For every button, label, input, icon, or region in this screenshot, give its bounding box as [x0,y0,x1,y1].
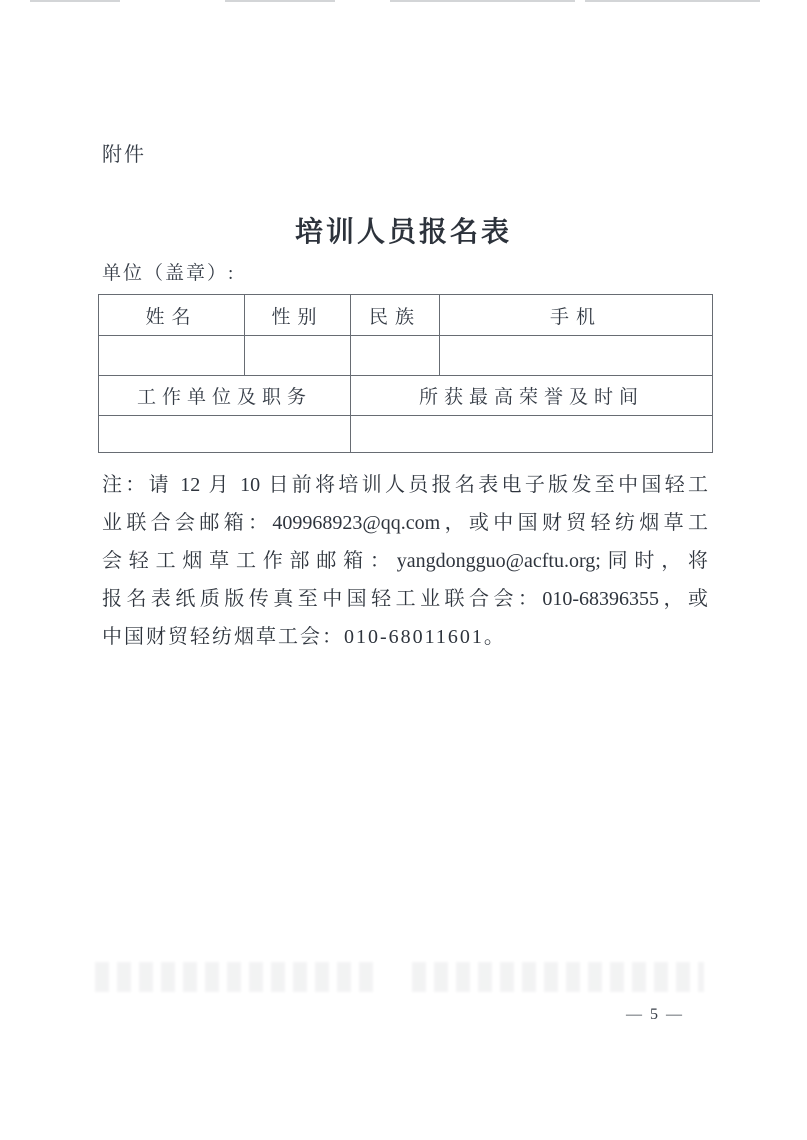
bleed-through-artifact [95,962,375,992]
table-merged-entry-row [99,416,713,453]
note-line-2: 业联合会邮箱：409968923@qq.com，或中国财贸轻纺烟草工 [102,504,708,542]
entry-cell-mobile [440,336,713,376]
scan-edge-artifact [30,0,120,2]
scan-edge-artifact [225,0,335,2]
table-entry-row [99,336,713,376]
entry-cell-gender [245,336,351,376]
entry-cell-highest-honor-time [351,416,713,453]
entry-cell-work-unit-position [99,416,351,453]
header-cell-mobile: 手机 [440,295,713,336]
header-cell-highest-honor-time: 所获最高荣誉及时间 [351,376,713,416]
attachment-label: 附件 [102,138,146,167]
scan-edge-artifact [390,0,575,2]
scanned-document-page: 附件 培训人员报名表 单位（盖章）: 姓名 性别 民族 手机 工作单位及职务 所… [0,0,807,1140]
header-cell-ethnicity: 民族 [351,295,440,336]
page-title: 培训人员报名表 [0,210,807,250]
table-header-row: 姓名 性别 民族 手机 [99,295,713,336]
entry-cell-ethnicity [351,336,440,376]
entry-cell-name [99,336,245,376]
header-cell-gender: 性别 [245,295,351,336]
header-cell-name: 姓名 [99,295,245,336]
note-paragraph: 注：请 12 月 10 日前将培训人员报名表电子版发至中国轻工 业联合会邮箱：4… [102,466,708,656]
registration-form-table: 姓名 性别 民族 手机 工作单位及职务 所获最高荣誉及时间 [98,294,713,453]
header-cell-work-unit-position: 工作单位及职务 [99,376,351,416]
page-number: — 5 — [613,1006,697,1024]
bleed-through-artifact [412,962,704,992]
unit-seal-label: 单位（盖章）: [102,258,235,285]
note-line-5: 中国财贸轻纺烟草工会：010-68011601。 [102,618,708,656]
scan-edge-artifact [585,0,760,2]
note-line-4: 报名表纸质版传真至中国轻工业联合会：010-68396355，或 [102,580,708,618]
table-merged-header-row: 工作单位及职务 所获最高荣誉及时间 [99,376,713,416]
note-line-1: 注：请 12 月 10 日前将培训人员报名表电子版发至中国轻工 [102,466,708,504]
note-line-3: 会轻工烟草工作部邮箱：yangdongguo@acftu.org;同时，将 [102,542,708,580]
